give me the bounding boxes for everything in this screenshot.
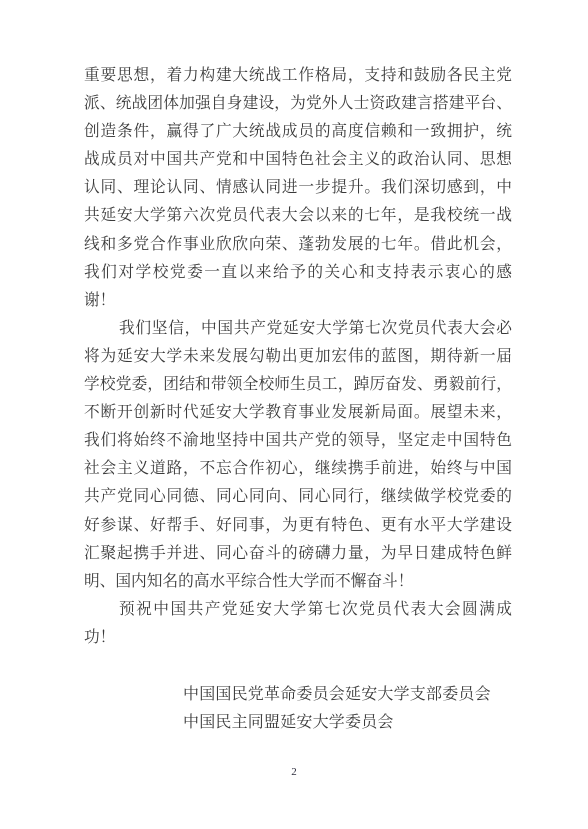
body-line: 功！ bbox=[84, 624, 512, 652]
body-line: 社会主义道路，不忘合作初心，继续携手前进，始终与中国 bbox=[84, 455, 512, 483]
body-line: 汇聚起携手并进、同心奋斗的磅礴力量，为早日建成特色鲜 bbox=[84, 540, 512, 568]
body-line: 派、统战团体加强自身建设，为党外人士资政建言搭建平台、 bbox=[84, 90, 512, 118]
body-line: 明、国内知名的高水平综合性大学而不懈奋斗！ bbox=[84, 568, 512, 596]
body-line: 重要思想，着力构建大统战工作格局，支持和鼓励各民主党 bbox=[84, 62, 512, 90]
signature-line: 中国国民党革命委员会延安大学支部委员会 bbox=[183, 681, 491, 709]
body-line: 认同、理论认同、情感认同进一步提升。我们深切感到，中 bbox=[84, 174, 512, 202]
body-line: 学校党委，团结和带领全校师生员工，踔厉奋发、勇毅前行， bbox=[84, 371, 512, 399]
body-text-block: 重要思想，着力构建大统战工作格局，支持和鼓励各民主党 派、统战团体加强自身建设，… bbox=[84, 62, 512, 652]
body-line: 不断开创新时代延安大学教育事业发展新局面。展望未来， bbox=[84, 399, 512, 427]
signature-line: 中国民主同盟延安大学委员会 bbox=[183, 709, 491, 737]
body-line: 战成员对中国共产党和中国特色社会主义的政治认同、思想 bbox=[84, 146, 512, 174]
body-line: 谢！ bbox=[84, 287, 512, 315]
body-line: 我们将始终不渝地坚持中国共产党的领导，坚定走中国特色 bbox=[84, 427, 512, 455]
body-line: 创造条件，赢得了广大统战成员的高度信赖和一致拥护，统 bbox=[84, 118, 512, 146]
body-line: 共产党同心同德、同心同向、同心同行，继续做学校党委的 bbox=[84, 483, 512, 511]
body-line: 将为延安大学未来发展勾勒出更加宏伟的蓝图，期待新一届 bbox=[84, 343, 512, 371]
body-line: 我们对学校党委一直以来给予的关心和支持表示衷心的感 bbox=[84, 259, 512, 287]
body-line: 我们坚信，中国共产党延安大学第七次党员代表大会必 bbox=[84, 315, 512, 343]
document-page: 重要思想，着力构建大统战工作格局，支持和鼓励各民主党 派、统战团体加强自身建设，… bbox=[0, 0, 588, 829]
page-number: 2 bbox=[0, 766, 588, 778]
body-line: 线和多党合作事业欣欣向荣、蓬勃发展的七年。借此机会， bbox=[84, 231, 512, 259]
body-line: 共延安大学第六次党员代表大会以来的七年，是我校统一战 bbox=[84, 202, 512, 230]
body-line: 好参谋、好帮手、好同事，为更有特色、更有水平大学建设 bbox=[84, 512, 512, 540]
signature-block: 中国国民党革命委员会延安大学支部委员会 中国民主同盟延安大学委员会 bbox=[183, 681, 491, 737]
body-line: 预祝中国共产党延安大学第七次党员代表大会圆满成 bbox=[84, 596, 512, 624]
